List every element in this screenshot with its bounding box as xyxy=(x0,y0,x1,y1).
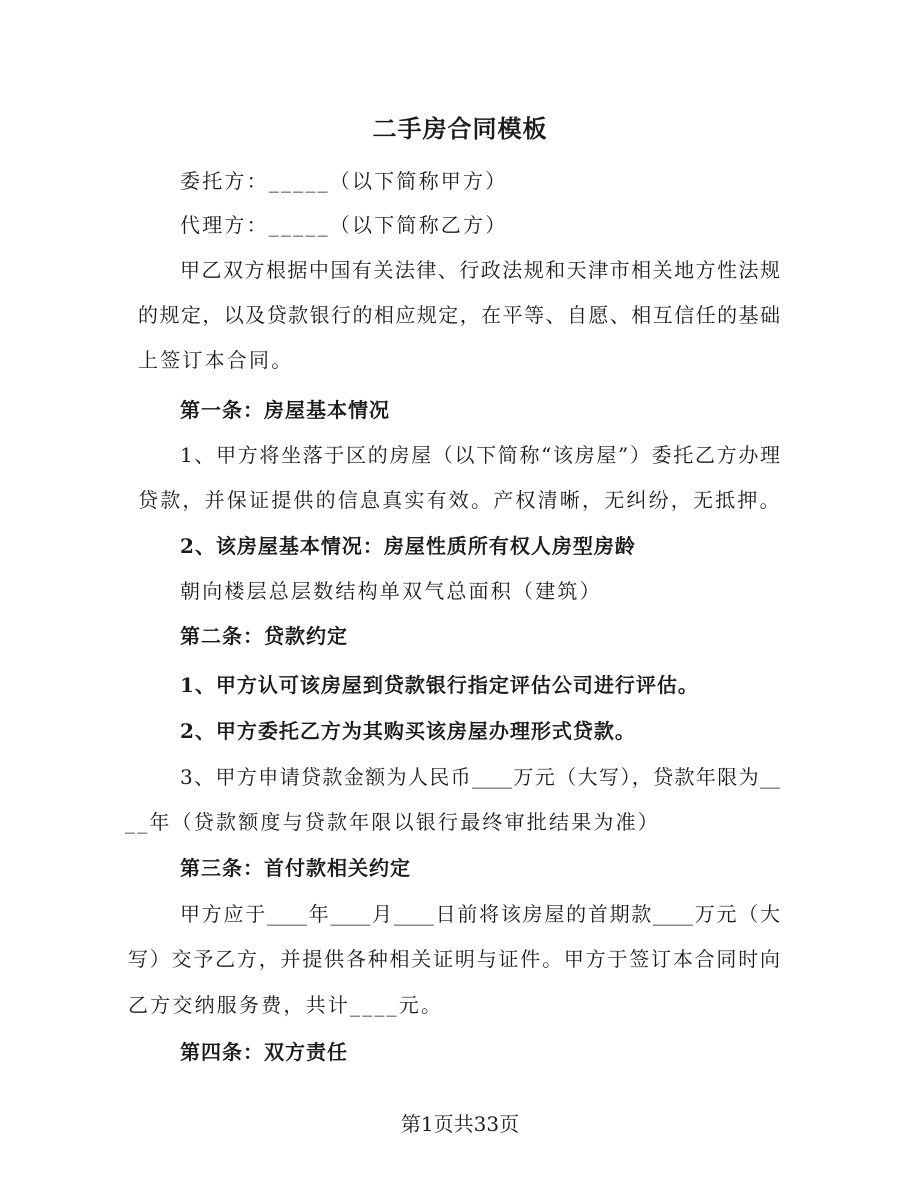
article-4-heading: 第四条：双方责任 xyxy=(180,1037,780,1067)
preamble-line-2: 的规定，以及贷款银行的相应规定，在平等、自愿、相互信任的基础 xyxy=(138,300,780,330)
document-title: 二手房合同模板 xyxy=(0,113,920,145)
preamble-line-1: 甲乙双方根据中国有关法律、行政法规和天津市相关地方性法规 xyxy=(180,255,780,285)
article-1-clause-1-line-1: 1、甲方将坐落于区的房屋（以下简称“该房屋”）委托乙方办理 xyxy=(180,440,780,470)
article-1-clause-1-line-2: 贷款，并保证提供的信息真实有效。产权清晰，无纠纷，无抵押。 xyxy=(138,485,838,515)
article-2-clause-2: 2、甲方委托乙方为其购买该房屋办理形式贷款。 xyxy=(180,716,780,746)
article-3-heading: 第三条：首付款相关约定 xyxy=(180,853,780,883)
article-2-heading: 第二条：贷款约定 xyxy=(180,621,780,651)
page-number-footer: 第1页共33页 xyxy=(0,1110,920,1138)
article-1-clause-2: 2、该房屋基本情况：房屋性质所有权人房型房龄 xyxy=(180,531,780,561)
principal-party-line: 委托方：_____（以下简称甲方） xyxy=(180,166,780,196)
article-2-clause-3-line-2: __年（贷款额度与贷款年限以银行最终审批结果为准） xyxy=(125,807,825,837)
article-1-heading: 第一条：房屋基本情况 xyxy=(180,395,780,425)
article-3-line-2: 写）交予乙方，并提供各种相关证明与证件。甲方于签订本合同时向 xyxy=(128,944,780,974)
article-3-line-3: 乙方交纳服务费，共计____元。 xyxy=(128,990,828,1020)
article-1-clause-2-cont: 朝向楼层总层数结构单双气总面积（建筑） xyxy=(180,576,780,606)
article-3-line-1: 甲方应于____年____月____日前将该房屋的首期款____万元（大 xyxy=(180,899,780,929)
preamble-line-3: 上签订本合同。 xyxy=(138,345,838,375)
agent-party-line: 代理方：_____（以下简称乙方） xyxy=(180,210,780,240)
article-2-clause-3-line-1: 3、甲方申请贷款金额为人民币____万元（大写），贷款年限为__ xyxy=(180,762,780,792)
article-2-clause-1: 1、甲方认可该房屋到贷款银行指定评估公司进行评估。 xyxy=(180,670,780,700)
